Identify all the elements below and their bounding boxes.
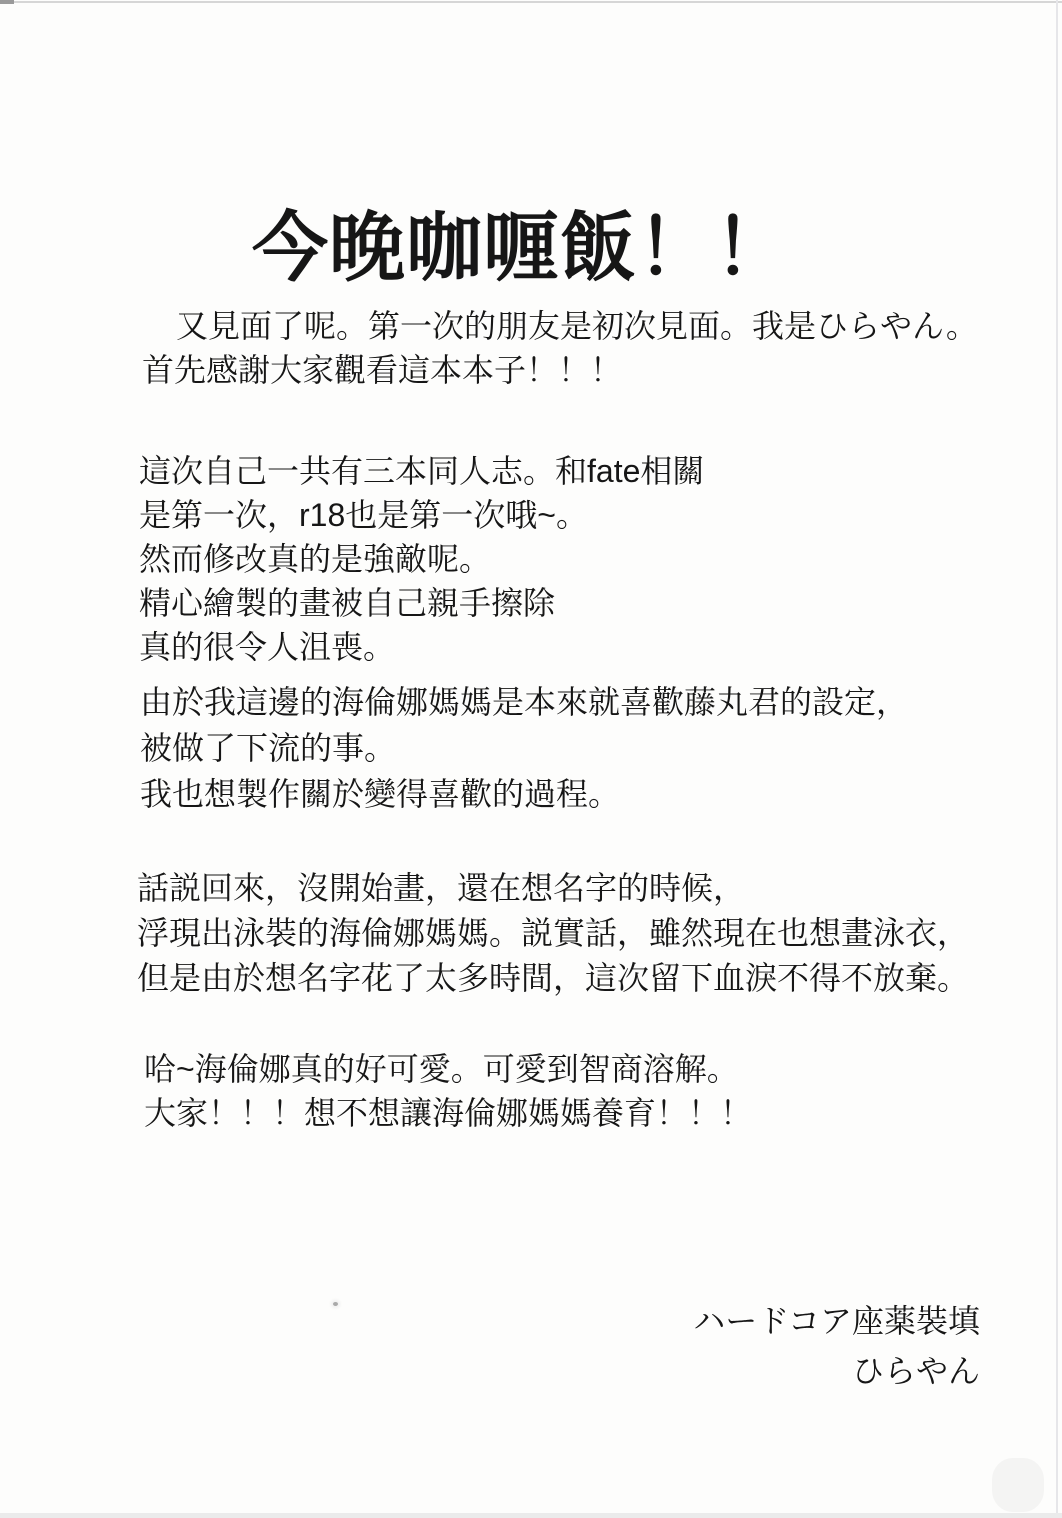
text-line: 被做了下流的事。 [140,725,908,771]
text-line: 首先感謝大家觀看這本本子！！！ [142,348,978,392]
paragraph-closing: 哈~海倫娜真的好可愛。可愛到智商溶解。 大家！！！想不想讓海倫娜媽媽養育！！！ [144,1047,752,1135]
text-line: 然而修改真的是強敵呢。 [139,537,704,581]
page-title: 今晚咖喱飯！！ [252,207,791,291]
text-line: 精心繪製的畫被自己親手擦除 [139,581,704,625]
text-line: 浮現出泳裝的海倫娜媽媽。説實話，雖然現在也想畫泳衣， [137,911,969,956]
text-line: 我也想製作關於變得喜歡的過程。 [140,771,908,817]
text-line: 話説回來，沒開始畫，還在想名字的時候， [137,866,969,911]
scan-speck [333,1302,338,1306]
scan-edge-right-line [1056,0,1058,1518]
scan-edge-top-line [0,1,1062,3]
text-line: 是第一次，r18也是第一次哦~。 [139,493,704,537]
signature-author-name: ひらやん [693,1346,980,1396]
signature-block: ハードコア座薬裝填 ひらやん [693,1296,980,1396]
text-line: 哈~海倫娜真的好可愛。可愛到智商溶解。 [144,1047,752,1091]
signature-circle-name: ハードコア座薬裝填 [693,1296,980,1346]
paragraph-setting: 由於我這邊的海倫娜媽媽是本來就喜歡藤丸君的設定， 被做了下流的事。 我也想製作關… [140,679,908,817]
text-line: 真的很令人沮喪。 [139,625,704,669]
paragraph-doujin-first-time: 這次自己一共有三本同人志。和fate相關 是第一次，r18也是第一次哦~。 然而… [139,449,704,669]
text-line: 由於我這邊的海倫娜媽媽是本來就喜歡藤丸君的設定， [140,679,908,725]
scan-edge-top-left-mark [0,0,14,4]
scan-smudge [992,1458,1044,1512]
paragraph-swimsuit: 話説回來，沒開始畫，還在想名字的時候， 浮現出泳裝的海倫娜媽媽。説實話，雖然現在… [137,866,969,1001]
scanned-afterword-page: 今晚咖喱飯！！ 又見面了呢。第一次的朋友是初次見面。我是ひらやん。 首先感謝大家… [0,0,1062,1518]
text-line: 這次自己一共有三本同人志。和fate相關 [139,449,704,493]
text-line: 又見面了呢。第一次的朋友是初次見面。我是ひらやん。 [142,304,978,348]
paragraph-greeting: 又見面了呢。第一次的朋友是初次見面。我是ひらやん。 首先感謝大家觀看這本本子！！… [142,304,978,392]
text-line: 大家！！！想不想讓海倫娜媽媽養育！！！ [144,1091,752,1135]
scan-edge-bottom-strip [0,1513,1062,1518]
text-line: 但是由於想名字花了太多時間，這次留下血淚不得不放棄。 [137,956,969,1001]
